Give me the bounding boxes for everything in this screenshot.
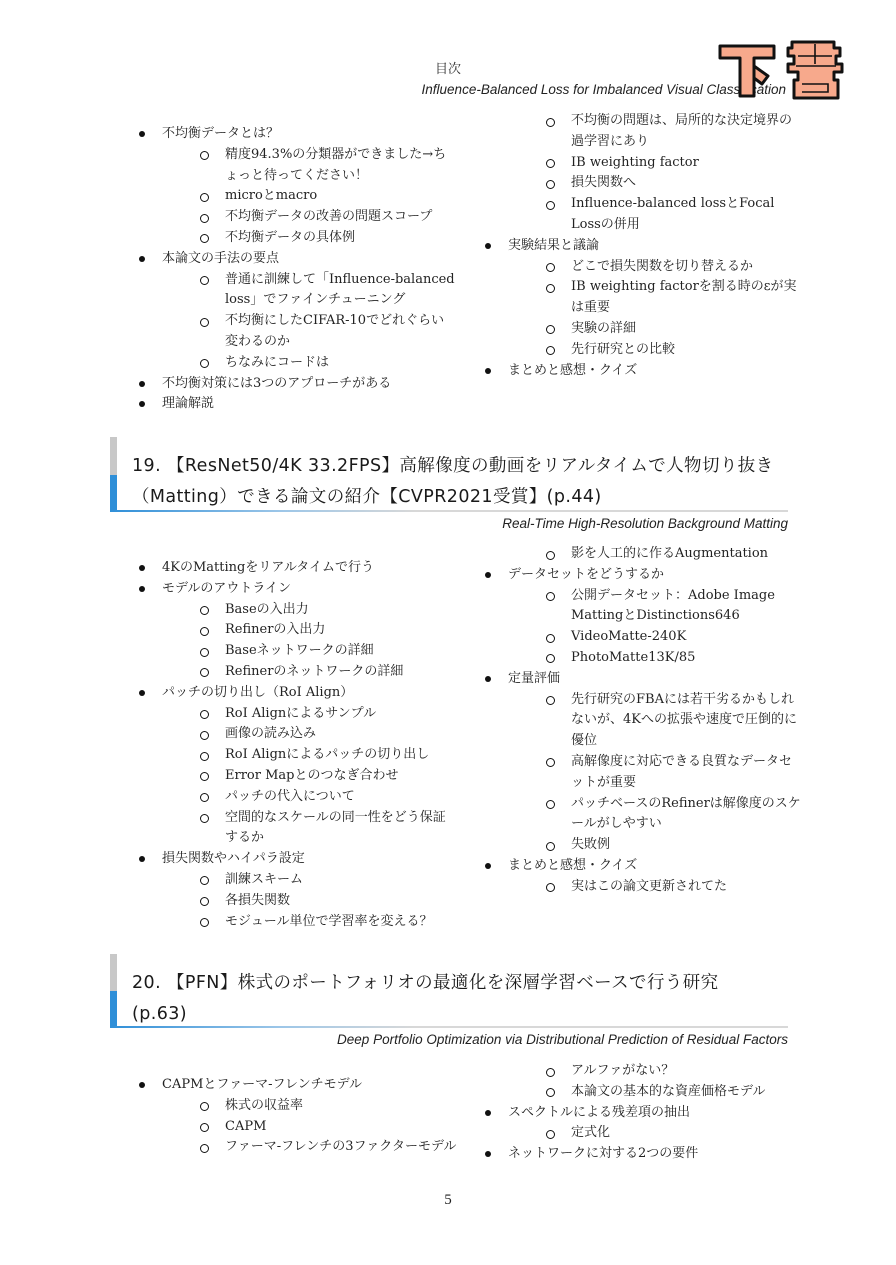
heading-accent-bar xyxy=(110,437,117,475)
toc-subitem[interactable]: 実験の詳細 xyxy=(483,319,803,340)
toc-item[interactable]: 4KのMattingをリアルタイムで行う xyxy=(137,558,457,579)
toc-subitem[interactable]: RoI Alignによるパッチの切り出し xyxy=(137,745,457,766)
toc-item[interactable]: 実験結果と議論 xyxy=(483,236,803,257)
toc-subitem[interactable]: Refinerの入出力 xyxy=(137,620,457,641)
toc-subitem[interactable]: 訓練スキーム xyxy=(137,870,457,891)
section-20-subtitle: Deep Portfolio Optimization via Distribu… xyxy=(337,1032,788,1047)
section-19-title: 19. 【ResNet50/4K 33.2FPS】高解像度の動画をリアルタイムで… xyxy=(132,451,788,513)
section-20-heading[interactable]: 20. 【PFN】株式のポートフォリオの最適化を深層学習ベースで行う研究(p.6… xyxy=(110,954,788,1028)
toc-item[interactable]: 不均衡対策には3つのアプローチがある xyxy=(137,374,457,395)
toc-subitem[interactable]: 普通に訓練して「Influence-balanced loss」でファインチュー… xyxy=(137,270,457,312)
volume-stamp-icon xyxy=(716,36,848,102)
toc-item[interactable]: 理論解説 xyxy=(137,394,457,415)
page-number: 5 xyxy=(0,1192,896,1209)
toc-subitem[interactable]: 損失関数へ xyxy=(483,173,803,194)
toc-item[interactable]: パッチの切り出し（RoI Align） xyxy=(137,683,457,704)
toc-subitem[interactable]: 実はこの論文更新されてた xyxy=(483,877,803,898)
toc-subitem[interactable]: Refinerのネットワークの詳細 xyxy=(137,662,457,683)
toc-subitem[interactable]: IB weighting factorを割る時のεが実は重要 xyxy=(483,277,803,319)
toc-item[interactable]: スペクトルによる残差項の抽出 xyxy=(483,1103,803,1124)
toc-subitem[interactable]: 高解像度に対応できる良質なデータセットが重要 xyxy=(483,752,803,794)
section-19-right-column: 影を人工的に作るAugmentation データセットをどうするか 公開データセ… xyxy=(483,544,803,898)
toc-subitem[interactable]: 不均衡にしたCIFAR-10でどれぐらい変わるのか xyxy=(137,311,457,353)
section-19-subtitle: Real-Time High-Resolution Background Mat… xyxy=(502,516,788,531)
toc-subitem[interactable]: 公開データセット：Adobe Image MattingとDistinction… xyxy=(483,586,803,628)
toc-item[interactable]: まとめと感想・クイズ xyxy=(483,856,803,877)
toc-subitem[interactable]: 失敗例 xyxy=(483,835,803,856)
toc-subitem[interactable]: Influence-balanced lossとFocal Lossの併用 xyxy=(483,194,803,236)
heading-accent-bar xyxy=(110,991,117,1028)
toc-subitem[interactable]: 不均衡データの改善の問題スコープ xyxy=(137,207,457,228)
toc-item[interactable]: 損失関数やハイパラ設定 xyxy=(137,849,457,870)
toc-subitem[interactable]: RoI Alignによるサンプル xyxy=(137,704,457,725)
toc-item[interactable]: CAPMとファーマ-フレンチモデル xyxy=(137,1075,457,1096)
toc-subitem[interactable]: 本論文の基本的な資産価格モデル xyxy=(483,1082,803,1103)
toc-subitem[interactable]: 影を人工的に作るAugmentation xyxy=(483,544,803,565)
heading-accent-bar xyxy=(110,954,117,991)
toc-subitem[interactable]: 空間的なスケールの同一性をどう保証するか xyxy=(137,808,457,850)
toc-subitem[interactable]: PhotoMatte13K/85 xyxy=(483,648,803,669)
toc-item[interactable]: ネットワークに対する2つの要件 xyxy=(483,1144,803,1165)
toc-subitem[interactable]: Baseの入出力 xyxy=(137,600,457,621)
section-18-right-column: 不均衡の問題は、局所的な決定境界の過学習にあり IB weighting fac… xyxy=(483,111,803,381)
toc-item[interactable]: まとめと感想・クイズ xyxy=(483,361,803,382)
toc-item[interactable]: 不均衡データとは？ xyxy=(137,124,457,145)
toc-subitem[interactable]: モジュール単位で学習率を変える？ xyxy=(137,912,457,933)
toc-subitem[interactable]: IB weighting factor xyxy=(483,153,803,174)
toc-subitem[interactable]: 先行研究のFBAには若干劣るかもしれないが、4Kへの拡張や速度で圧倒的に優位 xyxy=(483,690,803,752)
toc-subitem[interactable]: 定式化 xyxy=(483,1123,803,1144)
toc-item[interactable]: 本論文の手法の要点 xyxy=(137,249,457,270)
toc-subitem[interactable]: 不均衡データの具体例 xyxy=(137,228,457,249)
toc-subitem[interactable]: ちなみにコードは xyxy=(137,353,457,374)
section-18-left-column: 不均衡データとは？ 精度94.3%の分類器ができました→ちょっと待ってください！… xyxy=(137,124,457,415)
toc-subitem[interactable]: アルファがない？ xyxy=(483,1061,803,1082)
toc-subitem[interactable]: Baseネットワークの詳細 xyxy=(137,641,457,662)
toc-subitem[interactable]: 精度94.3%の分類器ができました→ちょっと待ってください！ xyxy=(137,145,457,187)
toc-item[interactable]: 定量評価 xyxy=(483,669,803,690)
toc-item[interactable]: モデルのアウトライン xyxy=(137,579,457,600)
section-20-left-column: CAPMとファーマ-フレンチモデル 株式の収益率 CAPM ファーマ-フレンチの… xyxy=(137,1075,457,1158)
section-19-left-column: 4KのMattingをリアルタイムで行う モデルのアウトライン Baseの入出力… xyxy=(137,558,457,932)
toc-subitem[interactable]: ファーマ-フレンチの3ファクターモデル xyxy=(137,1137,457,1158)
toc-subitem[interactable]: 不均衡の問題は、局所的な決定境界の過学習にあり xyxy=(483,111,803,153)
toc-subitem[interactable]: Error Mapとのつなぎ合わせ xyxy=(137,766,457,787)
toc-subitem[interactable]: CAPM xyxy=(137,1117,457,1138)
section-20-title: 20. 【PFN】株式のポートフォリオの最適化を深層学習ベースで行う研究(p.6… xyxy=(132,968,728,1030)
toc-subitem[interactable]: microとmacro xyxy=(137,186,457,207)
toc-subitem[interactable]: 各損失関数 xyxy=(137,891,457,912)
section-19-heading[interactable]: 19. 【ResNet50/4K 33.2FPS】高解像度の動画をリアルタイムで… xyxy=(110,437,788,512)
toc-subitem[interactable]: 先行研究との比較 xyxy=(483,340,803,361)
toc-subitem[interactable]: 株式の収益率 xyxy=(137,1096,457,1117)
toc-item[interactable]: データセットをどうするか xyxy=(483,565,803,586)
heading-accent-bar xyxy=(110,475,117,512)
toc-subitem[interactable]: 画像の読み込み xyxy=(137,724,457,745)
toc-subitem[interactable]: パッチの代入について xyxy=(137,787,457,808)
section-20-right-column: アルファがない？ 本論文の基本的な資産価格モデル スペクトルによる残差項の抽出 … xyxy=(483,1061,803,1165)
toc-subitem[interactable]: パッチベースのRefinerは解像度のスケールがしやすい xyxy=(483,794,803,836)
toc-subitem[interactable]: VideoMatte-240K xyxy=(483,627,803,648)
toc-subitem[interactable]: どこで損失関数を切り替えるか xyxy=(483,257,803,278)
